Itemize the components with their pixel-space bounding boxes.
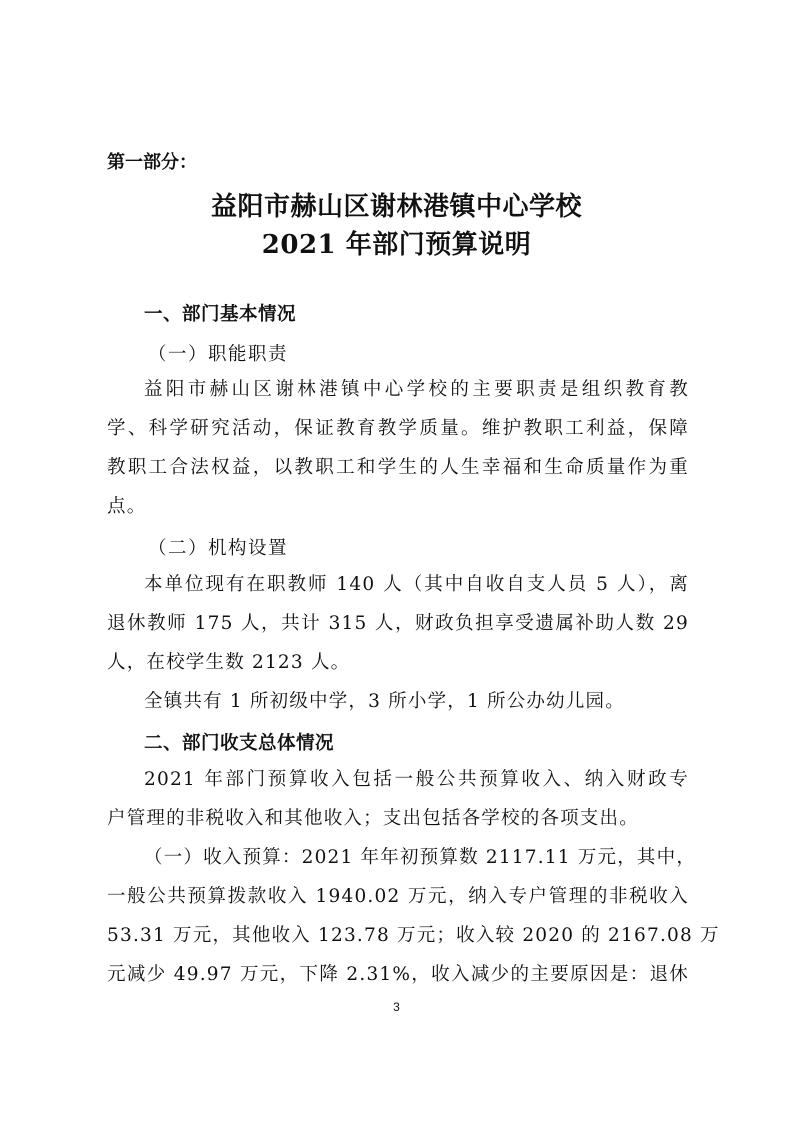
paragraph-line: 53.31 万元，其他收入 123.78 万元；收入较 2020 的 2167.… [107,924,689,948]
document-title-line2: 2021 年部门预算说明 [0,224,793,261]
subsection-heading-duties: （一）职能职责 [148,340,288,366]
paragraph-line: 户管理的非税收入和其他收入；支出包括各学校的各项支出。 [107,807,689,831]
paragraph-line: 本单位现有在职教师 140 人（其中自收自支人员 5 人），离 [144,573,689,597]
paragraph-line: 元减少 49.97 万元，下降 2.31%，收入减少的主要原因是：退休 [107,963,689,987]
paragraph-line: 益阳市赫山区谢林港镇中心学校的主要职责是组织教育教 [144,378,689,402]
page-number: 3 [0,1000,793,1014]
paragraph-line: 点。 [107,495,689,519]
document-page: 第一部分： 益阳市赫山区谢林港镇中心学校 2021 年部门预算说明 一、部门基本… [0,0,793,1122]
document-title-line1: 益阳市赫山区谢林港镇中心学校 [0,186,793,223]
paragraph-line: （一）收入预算：2021 年年初预算数 2117.11 万元，其中， [144,846,689,870]
paragraph-line: 全镇共有 1 所初级中学，3 所小学，1 所公办幼儿园。 [144,690,689,714]
subsection-heading-organization: （二）机构设置 [148,534,288,560]
section-heading-budget-overview: 二、部门收支总体情况 [144,729,334,755]
paragraph-line: 学、科学研究活动，保证教育教学质量。维护教职工利益，保障 [107,417,689,441]
paragraph-line: 2021 年部门预算收入包括一般公共预算收入、纳入财政专 [144,768,689,792]
part-label: 第一部分： [107,148,197,174]
paragraph-line: 退休教师 175 人，共计 315 人，财政负担享受遗属补助人数 29 [107,612,689,636]
paragraph-line: 人，在校学生数 2123 人。 [107,651,689,675]
section-heading-basic-info: 一、部门基本情况 [144,300,296,326]
paragraph-line: 一般公共预算拨款收入 1940.02 万元，纳入专户管理的非税收入 [107,885,689,909]
paragraph-line: 教职工合法权益，以教职工和学生的人生幸福和生命质量作为重 [107,456,689,480]
